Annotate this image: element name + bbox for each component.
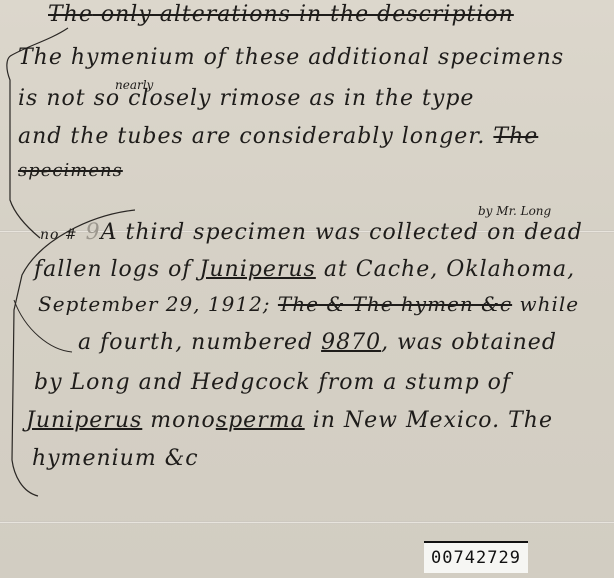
- manuscript-page: The only alterations in the description …: [0, 0, 614, 578]
- manuscript-line-10: by Long and Hedgcock from a stump of: [34, 370, 511, 395]
- erased-text: 9: [78, 220, 101, 245]
- line-text: A third specimen was collected on dead: [101, 220, 583, 245]
- manuscript-line-5: specimens: [18, 160, 123, 181]
- collection-number: 9870: [321, 330, 381, 355]
- struck-text: The: [278, 292, 319, 316]
- taxon-name: sperma: [216, 408, 305, 433]
- struck-text: The: [493, 124, 538, 149]
- manuscript-line-7: fallen logs of Juniperus at Cache, Oklah…: [34, 257, 575, 282]
- manuscript-line-6: no # 9A third specimen was collected on …: [40, 220, 583, 245]
- manuscript-line-1: The only alterations in the description: [48, 2, 514, 27]
- line-text: in New Mexico. The: [305, 408, 553, 433]
- manuscript-line-3: is not so closely rimose as in the type: [18, 86, 474, 111]
- date-text: September 29, 1912;: [38, 292, 278, 316]
- struck-text: The: [48, 2, 93, 27]
- manuscript-line-4: and the tubes are considerably longer. T…: [18, 124, 538, 149]
- insertion-by-mr-long: by Mr. Long: [478, 204, 551, 218]
- number-note: no #: [40, 227, 78, 243]
- line-text: , was obtained: [381, 330, 557, 355]
- line-text: mono: [142, 408, 216, 433]
- line-text: at Cache, Oklahoma,: [316, 257, 575, 282]
- manuscript-line-9: a fourth, numbered 9870, was obtained: [78, 330, 557, 355]
- struck-text: specimens: [18, 160, 123, 181]
- struck-text: only alterations in the description: [93, 2, 514, 27]
- line-text: by Long and Hedgcock from a stump of: [34, 370, 511, 395]
- line-text: a fourth, numbered: [78, 330, 321, 355]
- manuscript-line-8: September 29, 1912; The & The hymen &c w…: [38, 292, 579, 316]
- barcode-number: 00742729: [431, 548, 521, 568]
- line-text: while: [512, 292, 579, 316]
- struck-text: & The hymen &c: [319, 292, 512, 316]
- manuscript-line-2: The hymenium of these additional specime…: [18, 45, 564, 70]
- taxon-name: Juniperus: [26, 408, 142, 433]
- line-text: is not so closely rimose as in the type: [18, 86, 474, 111]
- line-text: The hymenium of these additional specime…: [18, 45, 564, 70]
- line-text: and the tubes are considerably longer.: [18, 124, 493, 149]
- manuscript-line-11: Juniperus monosperma in New Mexico. The: [26, 408, 553, 433]
- manuscript-line-12: hymenium &c: [32, 446, 199, 471]
- line-text: hymenium &c: [32, 446, 199, 471]
- taxon-name: Juniperus: [200, 257, 316, 282]
- paper-fold-crease-lower: [0, 521, 614, 524]
- barcode-label: 00742729: [424, 541, 528, 573]
- line-text: fallen logs of: [34, 257, 200, 282]
